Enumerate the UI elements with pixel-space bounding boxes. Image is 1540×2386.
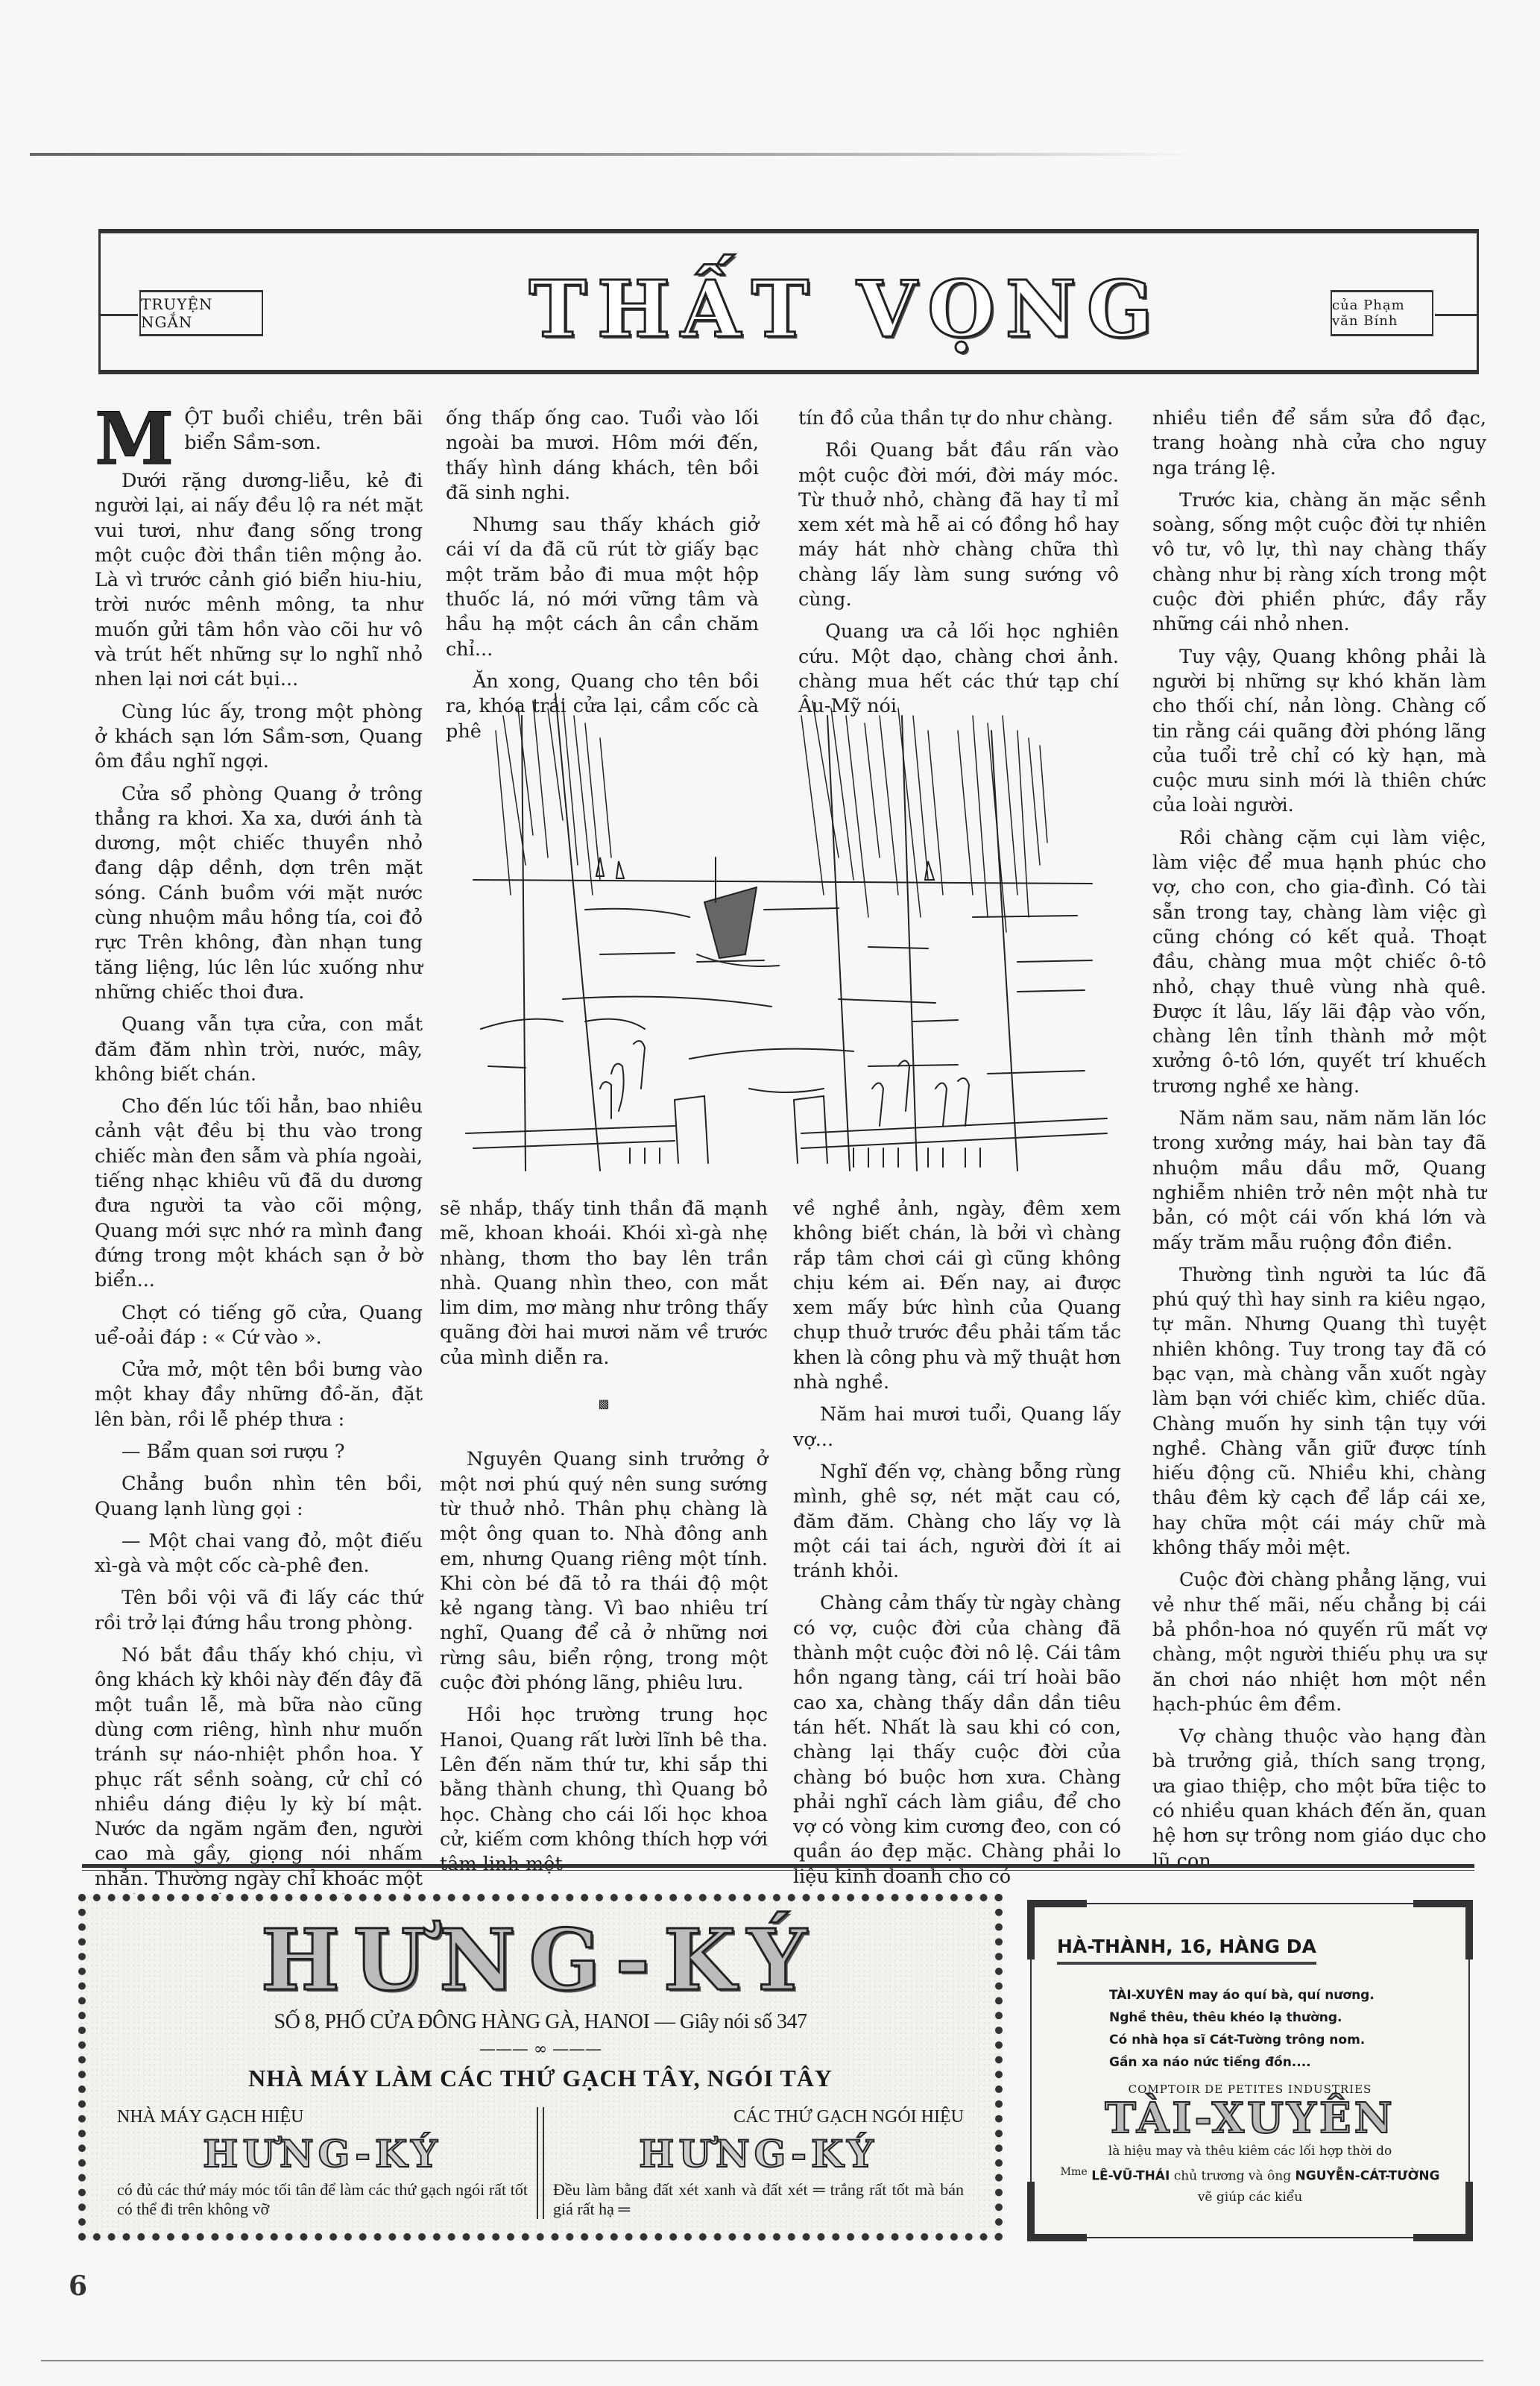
tai-xuyen-verse: TÀI-XUYÊN may áo quí bà, quí nương. Nghề… xyxy=(1109,1984,1443,2074)
section-label-box: TRUYỆN NGẮN xyxy=(139,290,263,336)
hung-ky-advertisement: HƯNG-KÝ SỐ 8, PHỐ CỬA ĐÔNG HÀNG GÀ, HANO… xyxy=(78,1894,1003,2241)
story-paragraph: Rồi chàng cặm cụi làm việc, làm việc để … xyxy=(1152,826,1486,1099)
ornament-divider-icon: ——— ∞ ——— xyxy=(108,2040,973,2059)
page-number: 6 xyxy=(69,2270,87,2302)
story-paragraph: Năm năm sau, năm năm lăn lóc trong xưởng… xyxy=(1152,1107,1486,1256)
hung-ky-left-text: có đủ các thứ máy móc tối tân để làm các… xyxy=(117,2180,528,2219)
story-title: THẤT VỌNG xyxy=(458,263,1234,353)
story-paragraph: ống thấp ống cao. Tuổi vào lối ngoài ba … xyxy=(446,406,759,506)
story-column-4: nhiều tiền để sắm sửa đồ đạc, trang hoàn… xyxy=(1152,406,1486,1881)
story-paragraph: Nhưng sau thấy khách giở cái ví da đã cũ… xyxy=(446,513,759,662)
bottom-rule xyxy=(82,1864,1474,1868)
story-paragraph: Năm hai mươi tuổi, Quang lấy vợ... xyxy=(793,1403,1121,1452)
story-column-3-bottom: về nghề ảnh, ngày, đêm xem không biết ch… xyxy=(793,1197,1121,1897)
story-paragraph: Cửa mở, một tên bồi bưng vào một khay đầ… xyxy=(95,1358,423,1432)
hung-ky-right-panel: CÁC THỨ GẠCH NGÓI HIỆU HƯNG-KÝ Đều làm b… xyxy=(544,2107,973,2219)
story-paragraph: Hồi học trường trung học Hanoi, Quang rấ… xyxy=(440,1703,768,1877)
hung-ky-left-brand: HƯNG-KÝ xyxy=(117,2132,528,2176)
tai-xuyen-brand: TÀI-XUYÊN xyxy=(1057,2096,1443,2141)
story-paragraph: Chàng cảm thấy từ ngày chàng có vợ, cuộc… xyxy=(793,1591,1121,1889)
corner-ornament-icon xyxy=(1027,2182,1087,2241)
story-paragraph: Cùng lúc ấy, trong một phòng ở khách sạn… xyxy=(95,700,423,775)
corner-ornament-icon xyxy=(1413,1900,1473,1960)
corner-ornament-icon xyxy=(1413,2182,1473,2241)
story-paragraph: Cửa sổ phòng Quang ở trông thẳng ra khơi… xyxy=(95,782,423,1006)
hung-ky-right-subtitle: CÁC THỨ GẠCH NGÓI HIỆU xyxy=(553,2107,964,2127)
story-paragraph: Vợ chàng thuộc vào hạng đàn bà trưởng gi… xyxy=(1152,1725,1486,1874)
story-column-2-bottom: sẽ nhắp, thấy tinh thần đã mạnh mẽ, khoa… xyxy=(440,1197,768,1884)
section-break-mark: ▩ xyxy=(440,1391,768,1416)
dialogue-line: — Một chai vang đỏ, một điếu xì-gà và mộ… xyxy=(95,1529,423,1579)
dropcap-letter: M xyxy=(95,409,174,469)
top-rule xyxy=(30,153,1193,156)
story-paragraph: Nguyên Quang sinh trưởng ở một nơi phú q… xyxy=(440,1447,768,1696)
tai-xuyen-address: HÀ-THÀNH, 16, HÀNG DA xyxy=(1057,1936,1316,1965)
hung-ky-brand: HƯNG-KÝ xyxy=(108,1916,973,2006)
verse-line: Gần xa náo nức tiếng đồn.... xyxy=(1109,2051,1443,2074)
story-paragraph: sẽ nhắp, thấy tinh thần đã mạnh mẽ, khoa… xyxy=(440,1197,768,1370)
poplar-trees-seascape-icon xyxy=(451,671,1137,1186)
story-paragraph: Chẳng buồn nhìn tên bồi, Quang lạnh lùng… xyxy=(95,1472,423,1522)
tai-xuyen-description: là hiệu may và thêu kiêm các lối hợp thờ… xyxy=(1057,2141,1443,2208)
story-paragraph: Rồi Quang bắt đầu rấn vào một cuộc đời m… xyxy=(798,438,1119,612)
story-paragraph: về nghề ảnh, ngày, đêm xem không biết ch… xyxy=(793,1197,1121,1395)
story-paragraph: Dưới rặng dương-liễu, kẻ đi người lại, a… xyxy=(95,469,423,693)
section-label: TRUYỆN NGẮN xyxy=(141,295,262,331)
tai-xuyen-advertisement: HÀ-THÀNH, 16, HÀNG DA TÀI-XUYÊN may áo q… xyxy=(1030,1903,1470,2238)
story-paragraph: Tuy vậy, Quang không phải là người bị nh… xyxy=(1152,645,1486,819)
story-paragraph: Cho đến lúc tối hẳn, bao nhiêu cảnh vật … xyxy=(95,1095,423,1293)
hung-ky-right-text: Đều làm bằng đất xét xanh và đất xét ═ t… xyxy=(553,2180,964,2219)
story-paragraph: Tên bồi vội vã đi lấy các thứ rồi trở lạ… xyxy=(95,1586,423,1636)
story-paragraph: Trước kia, chàng ăn mặc sềnh soàng, sống… xyxy=(1152,488,1486,638)
story-paragraph: Chợt có tiếng gõ cửa, Quang uể-oải đáp :… xyxy=(95,1301,423,1351)
byline-box: của Phạm văn Bính xyxy=(1331,290,1433,336)
dialogue-line: — Bẩm quan sơi rượu ? xyxy=(95,1440,423,1464)
hung-ky-right-brand: HƯNG-KÝ xyxy=(553,2132,964,2176)
bottom-rule-thin xyxy=(82,1870,1474,1871)
header-rule-right xyxy=(1435,314,1477,316)
story-header: TRUYỆN NGẮN THẤT VỌNG của Phạm văn Bính xyxy=(98,229,1479,374)
vertical-divider xyxy=(537,2107,544,2219)
hung-ky-columns: NHÀ MÁY GẠCH HIỆU HƯNG-KÝ có đủ các thứ … xyxy=(108,2107,973,2219)
story-paragraph: Nghĩ đến vợ, chàng bỗng rùng mình, ghê s… xyxy=(793,1460,1121,1584)
hung-ky-left-subtitle: NHÀ MÁY GẠCH HIỆU xyxy=(117,2107,528,2127)
story-paragraph: MỘT buổi chiều, trên bãi biển Sầm-sơn. xyxy=(95,406,423,456)
story-paragraph: tín đồ của thần tự do như chàng. xyxy=(798,406,1119,431)
story-paragraph: nhiều tiền để sắm sửa đồ đạc, trang hoàn… xyxy=(1152,406,1486,481)
beach-illustration xyxy=(451,671,1137,1186)
corner-ornament-icon xyxy=(1027,1900,1087,1960)
story-paragraph: Thường tình người ta lúc đã phú quý thì … xyxy=(1152,1263,1486,1561)
header-rule-left xyxy=(101,314,138,316)
verse-line: Có nhà họa sĩ Cát-Tường trông nom. xyxy=(1109,2029,1443,2051)
story-paragraph: Quang vẫn tựa cửa, con mắt đăm đăm nhìn … xyxy=(95,1013,423,1087)
hung-ky-headline: NHÀ MÁY LÀM CÁC THỨ GẠCH TÂY, NGÓI TÂY xyxy=(108,2065,973,2092)
verse-line: TÀI-XUYÊN may áo quí bà, quí nương. xyxy=(1109,1984,1443,2006)
byline: của Phạm văn Bính xyxy=(1332,298,1432,329)
verse-line: Nghề thêu, thêu khéo lạ thường. xyxy=(1109,2006,1443,2029)
story-column-1: MỘT buổi chiều, trên bãi biển Sầm-sơn. D… xyxy=(95,406,423,1949)
hung-ky-left-panel: NHÀ MÁY GẠCH HIỆU HƯNG-KÝ có đủ các thứ … xyxy=(108,2107,537,2219)
story-paragraph: Cuộc đời chàng phẳng lặng, vui vẻ như th… xyxy=(1152,1568,1486,1717)
hung-ky-address: SỐ 8, PHỐ CỬA ĐÔNG HÀNG GÀ, HANOI — Giây… xyxy=(108,2010,973,2034)
